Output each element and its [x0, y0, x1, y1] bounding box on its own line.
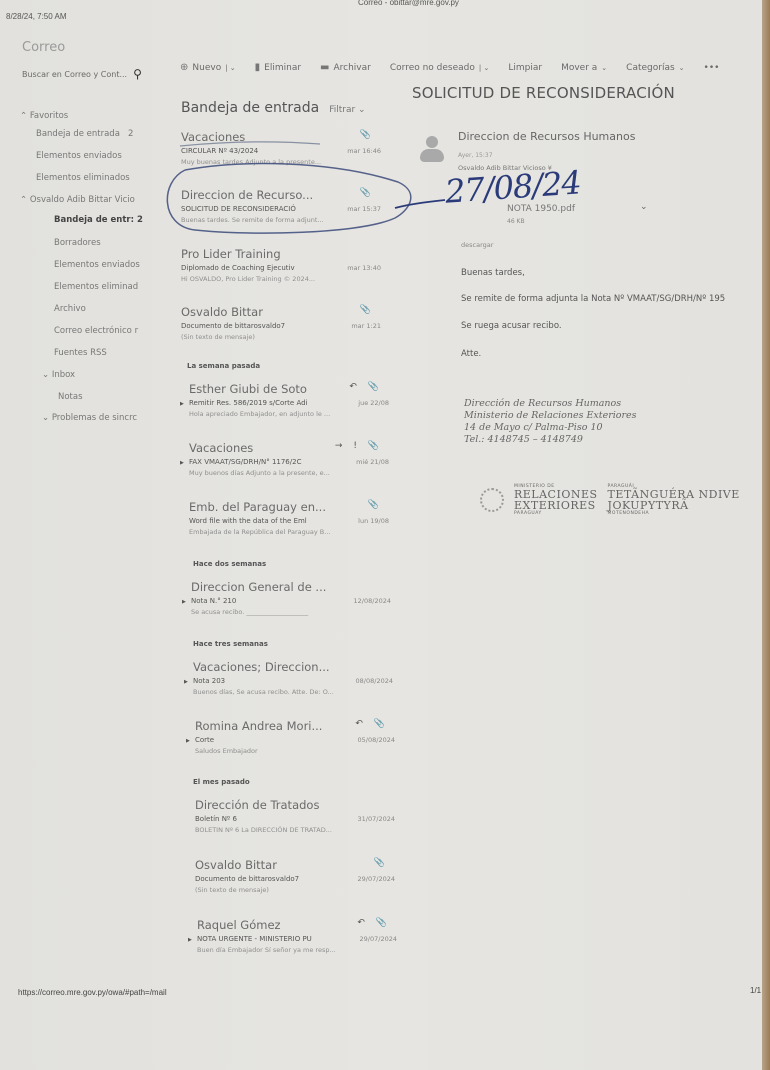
message-subject: ▶Corte05/08/2024 — [195, 736, 395, 744]
message-row[interactable]: Pro Lider TrainingDiplomado de Coaching … — [181, 247, 381, 283]
sidebar-item-archive[interactable]: Archivo — [54, 304, 86, 314]
message-date: mar 15:37 — [347, 205, 381, 213]
message-sender: Osvaldo Bittar — [195, 858, 395, 872]
chevron-down-icon[interactable]: | ⌄ — [225, 64, 235, 72]
message-flags-icon[interactable]: → ! 📎 — [335, 441, 383, 451]
message-subject: CIRCULAR Nº 43/2024mar 16:46 — [181, 147, 381, 155]
toolbar: ⊕Nuevo| ⌄ ▮Eliminar ▬Archivar Correo no … — [180, 62, 738, 73]
message-row[interactable]: Vacaciones→ ! 📎▶FAX VMAAT/SG/DRH/N° 1176… — [189, 441, 389, 477]
chevron-down-icon: ⌄ — [358, 105, 366, 115]
message-subject: SOLICITUD DE RECONSIDERACIÓN — [412, 84, 675, 102]
expand-thread-icon[interactable]: ▶ — [182, 599, 186, 605]
message-preview: Buen día Embajador Sí señor ya me resp..… — [197, 946, 397, 954]
expand-thread-icon[interactable]: ▶ — [180, 460, 184, 466]
message-date: mar 13:40 — [347, 264, 381, 272]
plus-circle-icon: ⊕ — [180, 62, 188, 73]
chevron-down-icon: ⌄ — [42, 413, 52, 423]
message-preview: Embajada de la República del Paraguay B.… — [189, 528, 389, 536]
message-date: lun 19/08 — [358, 517, 389, 525]
message-row[interactable]: Osvaldo Bittar📎Documento de bittarosvald… — [181, 305, 381, 341]
body-line: Se ruega acusar recibo. — [461, 321, 562, 331]
unread-count: 2 — [128, 129, 133, 139]
message-flags-icon[interactable]: 📎 — [374, 858, 389, 868]
chevron-down-icon: ⌄ — [679, 64, 685, 72]
categories-button[interactable]: Categorías⌄ — [626, 63, 684, 73]
move-to-button[interactable]: Mover a⌄ — [561, 63, 607, 73]
body-line: Se remite de forma adjunta la Nota Nº VM… — [461, 294, 725, 304]
sidebar-item-notes[interactable]: Notas — [58, 392, 83, 402]
delete-button[interactable]: ▮Eliminar — [255, 62, 301, 73]
message-sender: Dirección de Tratados — [195, 798, 395, 812]
message-subject: ▶NOTA URGENTE - MINISTERIO PU29/07/2024 — [197, 935, 397, 943]
chevron-up-icon: ⌃ — [20, 111, 30, 121]
group-header: Hace tres semanas — [193, 640, 268, 648]
message-sender: Direccion de Recurso... — [181, 188, 381, 202]
filter-button[interactable]: Filtrar ⌄ — [329, 105, 365, 115]
message-date: mar 1:21 — [351, 322, 381, 330]
laurel-emblem-icon — [480, 488, 504, 512]
expand-thread-icon[interactable]: ▶ — [184, 679, 188, 685]
message-row[interactable]: Vacaciones📎CIRCULAR Nº 43/2024mar 16:46M… — [181, 130, 381, 166]
message-row[interactable]: Osvaldo Bittar📎Documento de bittarosvald… — [195, 858, 395, 894]
message-flags-icon[interactable]: ↶ 📎 — [349, 382, 383, 392]
expand-thread-icon[interactable]: ▶ — [186, 738, 190, 744]
attachment-size: 46 KB — [507, 218, 525, 225]
message-preview: Muy buenos días Adjunto a la presente, e… — [189, 469, 389, 477]
message-subject: Word file with the data of the Emllun 19… — [189, 517, 389, 525]
sidebar-item-deleted[interactable]: Elementos eliminad — [54, 282, 138, 292]
message-sender: Pro Lider Training — [181, 247, 381, 261]
archive-button[interactable]: ▬Archivar — [320, 62, 371, 73]
message-row[interactable]: Emb. del Paraguay en...📎Word file with t… — [189, 500, 389, 536]
search-box[interactable]: Buscar en Correo y Cont... ⚲ — [22, 67, 142, 81]
sidebar-item-sync-issues[interactable]: ⌄ Problemas de sincrc — [42, 413, 137, 423]
print-datetime: 8/28/24, 7:50 AM — [6, 12, 67, 21]
group-header: Hace dos semanas — [193, 560, 266, 568]
message-preview: (Sin texto de mensaje) — [181, 333, 381, 341]
sidebar-item-inbox-sub[interactable]: ⌄ Inbox — [42, 370, 75, 380]
body-line: Buenas tardes, — [461, 268, 525, 278]
print-window-title: Correo - obittar@mre.gov.py — [358, 0, 459, 7]
table-edge — [762, 0, 770, 1070]
chevron-down-icon[interactable]: | ⌄ — [479, 64, 489, 72]
message-sender: Vacaciones — [181, 130, 381, 144]
signature: Dirección de Recursos Humanos Ministerio… — [464, 398, 637, 446]
group-header: La semana pasada — [187, 362, 260, 370]
ministry-logo: MINISTERIO DE RELACIONES EXTERIORES PARA… — [480, 484, 740, 516]
message-subject: SOLICITUD DE RECONSIDERACIÓmar 15:37 — [181, 205, 381, 213]
message-subject: ▶Nota N.° 21012/08/2024 — [191, 597, 391, 605]
message-date: 08/08/2024 — [356, 677, 393, 685]
message-subject: ▶Remitir Res. 586/2019 s/Corte Adijue 22… — [189, 399, 389, 407]
favorites-header[interactable]: ⌃ Favoritos — [20, 111, 68, 121]
list-title: Bandeja de entrada — [181, 100, 319, 116]
chevron-down-icon: ⌄ — [42, 370, 52, 380]
message-preview: Buenas tardes. Se remite de forma adjunt… — [181, 216, 381, 224]
message-row[interactable]: Vacaciones; Direccion...▶Nota 20308/08/2… — [193, 660, 393, 696]
sidebar-item-drafts[interactable]: Borradores — [54, 238, 101, 248]
sent-time: Ayer, 15:37 — [458, 152, 493, 159]
expand-thread-icon[interactable]: ▶ — [188, 937, 192, 943]
app-name: Correo — [22, 40, 65, 55]
message-row[interactable]: Romina Andrea Mori...↶ 📎▶Corte05/08/2024… — [195, 719, 395, 755]
message-flags-icon[interactable]: ↶ 📎 — [355, 719, 389, 729]
sidebar-item-favorite-sent[interactable]: Elementos enviados — [36, 151, 122, 161]
message-row[interactable]: Direccion de Recurso...📎SOLICITUD DE REC… — [181, 188, 381, 224]
sidebar-item-inbox[interactable]: Bandeja de entr: 2 — [54, 215, 143, 225]
group-header: El mes pasado — [193, 778, 250, 786]
chevron-down-icon: ⌄ — [601, 64, 607, 72]
body-line: Atte. — [461, 349, 481, 359]
message-date: 31/07/2024 — [358, 815, 395, 823]
message-row[interactable]: Dirección de TratadosBoletín Nº 631/07/2… — [195, 798, 395, 834]
sidebar-item-favorite-deleted[interactable]: Elementos eliminados — [36, 173, 130, 183]
message-flags-icon[interactable]: ↶ 📎 — [357, 918, 391, 928]
message-subject: ▶Nota 20308/08/2024 — [193, 677, 393, 685]
sidebar-item-rss[interactable]: Fuentes RSS — [54, 348, 107, 358]
message-sender: Emb. del Paraguay en... — [189, 500, 389, 514]
message-list-header: Bandeja de entrada Filtrar ⌄ — [181, 100, 366, 116]
chevron-down-icon[interactable]: ⌄ — [640, 202, 648, 212]
more-button[interactable]: ••• — [704, 63, 720, 73]
message-sender: Direccion General de ... — [191, 580, 391, 594]
sidebar-item-sent[interactable]: Elementos enviados — [54, 260, 140, 270]
chevron-up-icon: ⌃ — [20, 195, 30, 205]
trash-icon: ▮ — [255, 62, 261, 73]
message-date: mar 16:46 — [347, 147, 381, 155]
message-flags-icon[interactable]: 📎 — [360, 305, 375, 315]
message-subject: ▶FAX VMAAT/SG/DRH/N° 1176/2Cmié 21/08 — [189, 458, 389, 466]
search-input[interactable]: Buscar en Correo y Cont... — [22, 70, 127, 79]
message-flags-icon[interactable]: 📎 — [360, 130, 375, 140]
sender-name[interactable]: Direccion de Recursos Humanos — [458, 130, 635, 143]
print-page-number: 1/1 — [750, 986, 761, 995]
message-row[interactable]: Direccion General de ...▶Nota N.° 21012/… — [191, 580, 391, 616]
sweep-button[interactable]: Limpiar — [508, 63, 542, 73]
expand-thread-icon[interactable]: ▶ — [180, 401, 184, 407]
avatar-icon — [418, 136, 446, 166]
unread-count: 2 — [137, 215, 143, 225]
message-subject: Diplomado de Coaching Ejecutivmar 13:40 — [181, 264, 381, 272]
sidebar-item-junk[interactable]: Correo electrónico r — [54, 326, 138, 336]
message-date: 12/08/2024 — [354, 597, 391, 605]
message-preview: BOLETIN Nº 6 La DIRECCIÓN DE TRATAD... — [195, 826, 395, 834]
message-preview: (Sin texto de mensaje) — [195, 886, 395, 894]
message-date: mié 21/08 — [356, 458, 389, 466]
message-row[interactable]: Raquel Gómez↶ 📎▶NOTA URGENTE - MINISTERI… — [197, 918, 397, 954]
message-subject: Boletín Nº 631/07/2024 — [195, 815, 395, 823]
message-flags-icon[interactable]: 📎 — [360, 188, 375, 198]
message-preview: Hola apreciado Embajador, en adjunto le … — [189, 410, 389, 418]
archive-icon: ▬ — [320, 62, 329, 73]
print-footer-url: https://correo.mre.gov.py/owa/#path=/mai… — [18, 988, 167, 997]
message-flags-icon[interactable]: 📎 — [368, 500, 383, 510]
message-date: 05/08/2024 — [358, 736, 395, 744]
message-sender: Vacaciones; Direccion... — [193, 660, 393, 674]
sidebar-item-favorite-inbox[interactable]: Bandeja de entrada 2 — [36, 129, 133, 139]
message-preview: Se acusa recibo. ___________________ — [191, 608, 391, 616]
search-icon[interactable]: ⚲ — [133, 67, 142, 81]
new-button[interactable]: ⊕Nuevo| ⌄ — [180, 62, 236, 73]
message-subject: Documento de bittarosvaldo7mar 1:21 — [181, 322, 381, 330]
more-icon: ••• — [704, 63, 720, 73]
message-date: 29/07/2024 — [358, 875, 395, 883]
message-preview: Saludos Embajador — [195, 747, 395, 755]
message-row[interactable]: Esther Giubi de Soto↶ 📎▶Remitir Res. 586… — [189, 382, 389, 418]
message-sender: Osvaldo Bittar — [181, 305, 381, 319]
account-header[interactable]: ⌃ Osvaldo Adib Bittar Vicio — [20, 195, 135, 205]
message-preview: Buenos días, Se acusa recibo. Atte. De: … — [193, 688, 393, 696]
message-subject: Documento de bittarosvaldo729/07/2024 — [195, 875, 395, 883]
junk-button[interactable]: Correo no deseado| ⌄ — [390, 63, 489, 73]
message-date: jue 22/08 — [358, 399, 389, 407]
message-preview: Muy buenas tardes Adjunto a la presente.… — [181, 158, 381, 166]
message-preview: Hi OSVALDO, Pro Lider Training © 2024... — [181, 275, 381, 283]
message-date: 29/07/2024 — [360, 935, 397, 943]
download-link[interactable]: descargar — [461, 241, 493, 249]
